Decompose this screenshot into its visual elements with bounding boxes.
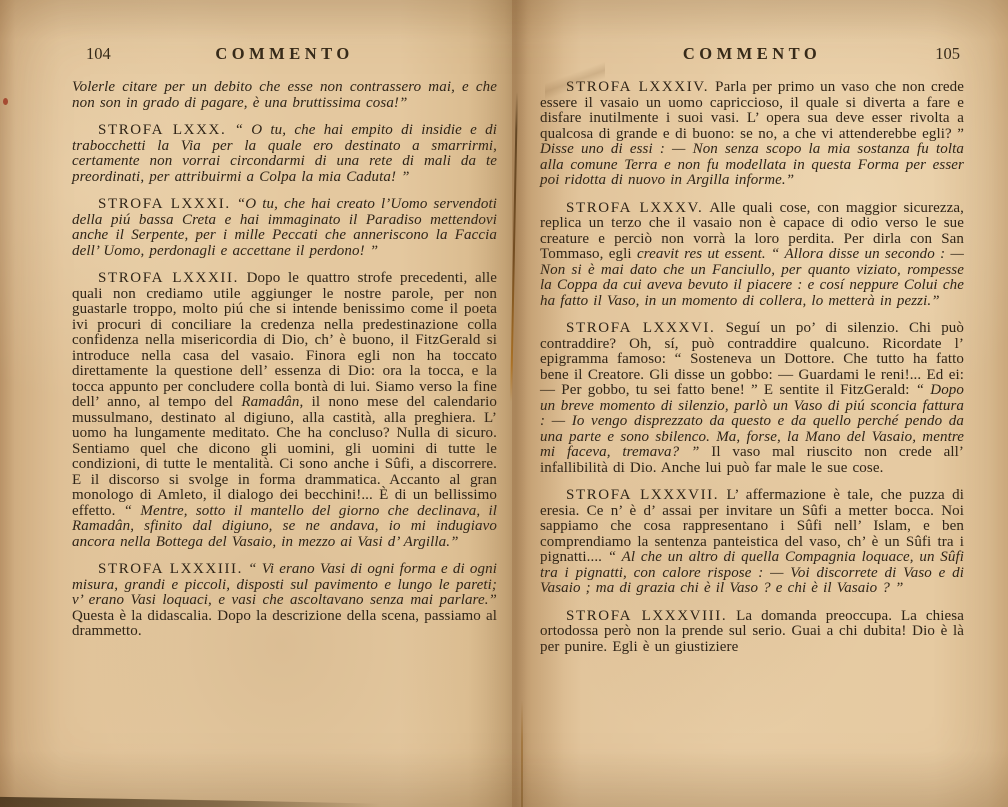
paragraph: STROFA LXXXV. Alle quali cose, con maggi… — [540, 201, 964, 310]
paragraph: STROFA LXXXVII. L’ affermazione è tale, … — [540, 488, 964, 597]
paragraph: STROFA LXXXVI. Seguí un po’ di silenzio.… — [540, 321, 964, 476]
paragraph: STROFA LXXXIII. “ Vi erano Vasi di ogni … — [72, 562, 497, 640]
strofa-heading: STROFA LXXXIII. — [98, 561, 243, 577]
strofa-heading: STROFA LXXXVIII. — [566, 608, 727, 624]
strofa-heading: STROFA LXXXV. — [566, 200, 703, 216]
strofa-heading: STROFA LXXXIV. — [566, 79, 709, 95]
strofa-heading: STROFA LXXXVI. — [566, 320, 715, 336]
text-segment: Volerle citare per un debito che esse no… — [72, 79, 497, 111]
page-left: 104 COMMENTO Volerle citare per un debit… — [0, 0, 512, 807]
page-number-right: 105 — [935, 44, 960, 64]
paragraph: STROFA LXXX. “ O tu, che hai empito di i… — [72, 123, 497, 185]
text-segment: Questa è la didascalia. Dopo la descrizi… — [72, 608, 497, 640]
page-body-left: Volerle citare per un debito che esse no… — [72, 80, 497, 640]
page-right-text-block: COMMENTO 105 STROFA LXXXIV. Parla per pr… — [540, 44, 964, 655]
paragraph: Volerle citare per un debito che esse no… — [72, 80, 497, 111]
running-title-left: COMMENTO — [215, 44, 353, 63]
text-segment: “ Mentre, sotto il mantello del giorno c… — [72, 503, 497, 550]
strofa-heading: STROFA LXXXVII. — [566, 487, 719, 503]
page-number-left: 104 — [86, 44, 111, 64]
strofa-heading: STROFA LXXXI. — [98, 196, 231, 212]
text-segment: Ramadân, — [241, 394, 303, 410]
text-segment: Disse uno di essi : — Non senza scopo la… — [540, 141, 964, 188]
paragraph: STROFA LXXXVIII. La domanda preoccupa. L… — [540, 609, 964, 656]
paragraph: STROFA LXXXIV. Parla per primo un vaso c… — [540, 80, 964, 189]
page-left-text-block: 104 COMMENTO Volerle citare per un debit… — [72, 44, 497, 640]
page-right: COMMENTO 105 STROFA LXXXIV. Parla per pr… — [512, 0, 1008, 807]
running-title-right: COMMENTO — [683, 44, 821, 63]
paragraph: STROFA LXXXII. Dopo le quattro strofe pr… — [72, 271, 497, 550]
strofa-heading: STROFA LXXXII. — [98, 270, 239, 286]
page-header-left: 104 COMMENTO — [72, 44, 497, 66]
text-segment: creavit res ut essent. — [637, 246, 766, 262]
text-segment: Dopo le quattro strofe precedenti, alle … — [72, 270, 497, 410]
page-header-right: COMMENTO 105 — [540, 44, 964, 66]
text-segment: il nono mese del calendario mussulmano, … — [72, 394, 497, 519]
book-spread: 104 COMMENTO Volerle citare per un debit… — [0, 0, 1008, 807]
paragraph: STROFA LXXXI. “O tu, che hai creato l’Uo… — [72, 197, 497, 259]
strofa-heading: STROFA LXXX. — [98, 122, 226, 138]
page-body-right: STROFA LXXXIV. Parla per primo un vaso c… — [540, 80, 964, 655]
